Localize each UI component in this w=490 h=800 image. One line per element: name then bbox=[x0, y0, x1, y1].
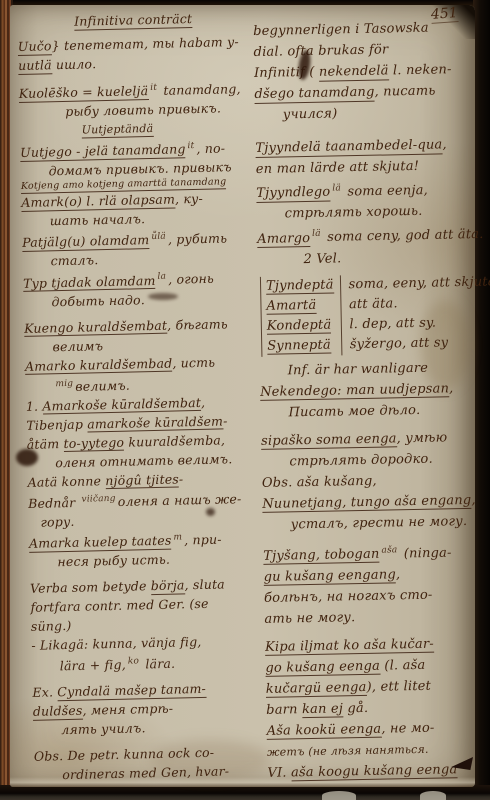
manuscript-line: Infinitiva conträct bbox=[17, 8, 249, 32]
interlinear-insertion: it bbox=[150, 83, 157, 93]
line-text: неся рыбу исть. bbox=[57, 552, 170, 570]
line-text: lära + fig, bbox=[60, 657, 126, 673]
line-text: гору. bbox=[40, 514, 74, 530]
underlined-phrase: börja bbox=[151, 577, 185, 594]
interlinear-insertion: m bbox=[173, 532, 182, 542]
underlined-phrase: Uutjeptändä bbox=[82, 122, 154, 138]
underlined-phrase: Amarko kuraldšembad bbox=[25, 355, 173, 375]
manuscript-line: Nekendego: man uudjepsan, bbox=[260, 377, 486, 402]
line-text: tanamdang, bbox=[159, 81, 241, 98]
underlined-phrase: amarkoše kūraldšem bbox=[87, 413, 223, 433]
line-text: рыбу ловить привыкъ. bbox=[65, 101, 221, 120]
line-text: Verba som betyde bbox=[30, 578, 151, 596]
underlined-phrase: Amartä bbox=[266, 297, 316, 314]
underlined-phrase: duldšes bbox=[33, 703, 83, 721]
underlined-phrase: Aša kookü eenga bbox=[266, 722, 381, 741]
line-text: l. dep, att sy. bbox=[349, 315, 436, 332]
line-text: болѣнъ, на ногахъ сто- bbox=[264, 588, 433, 606]
line-text: , бѣгать bbox=[167, 316, 228, 332]
paradigm-words: Tjyndeptä Amartä Kondeptä Synneptä bbox=[260, 275, 342, 357]
underlined-phrase: go kušang eenga bbox=[265, 659, 380, 678]
underlined-phrase: Synneptä bbox=[267, 337, 331, 355]
line-text: 1. bbox=[26, 398, 43, 413]
line-text: soma eenja, bbox=[343, 183, 428, 200]
line-text: лять училъ. bbox=[61, 721, 146, 738]
line-text: , bbox=[396, 567, 401, 582]
underlined-phrase: Kipa iljmat ko aša kučar- bbox=[265, 637, 434, 657]
line-text: Obs. bbox=[262, 475, 297, 491]
manuscript-line: lära + fig,ko lära. bbox=[32, 650, 264, 676]
interlinear-insertion: la bbox=[157, 272, 166, 282]
underlined-phrase: Tjyyndelä taanambedel-qua bbox=[255, 137, 442, 157]
line-text: VI. bbox=[267, 765, 291, 780]
line-text: } tenememam, ты habam у- bbox=[52, 34, 240, 53]
underlined-phrase: Tjyndeptä bbox=[266, 277, 334, 295]
underlined-phrase: Infinitiva conträct bbox=[74, 11, 192, 30]
line-text: Obs. bbox=[34, 748, 68, 764]
line-text: добыть надо. bbox=[51, 292, 145, 309]
manuscript-line: Infinitif ( nekendelä l. neken- bbox=[254, 59, 480, 84]
interlinear-insertion: lä bbox=[332, 183, 341, 193]
line-text: l. neken- bbox=[389, 62, 452, 78]
line-text: Bednår bbox=[28, 495, 80, 511]
line-text: , исть bbox=[172, 354, 215, 370]
ink-blot bbox=[16, 449, 38, 466]
background-highlight bbox=[420, 791, 446, 800]
underlined-phrase: Uučo bbox=[18, 38, 52, 55]
manuscript-line: uutlä ишло. bbox=[18, 51, 250, 75]
line-text: Inf. är har wanligare bbox=[288, 360, 429, 378]
line-text: Писать мое дѣло. bbox=[288, 403, 420, 421]
paradigm-word-line: Tjyndeptä bbox=[266, 275, 334, 296]
line-text: , писать bbox=[374, 84, 435, 100]
line-text: ), ett litet bbox=[366, 679, 431, 695]
line-text: - Likagä: kunna, vänja fig, bbox=[31, 634, 201, 653]
underlined-phrase: Amark(o) l. rlä olapsam bbox=[21, 192, 175, 212]
interlinear-insertion: ko bbox=[128, 656, 140, 666]
line-text: стрѣлять хорошь. bbox=[285, 204, 423, 222]
interlinear-insertion: lä bbox=[312, 229, 321, 239]
background-highlight bbox=[322, 791, 356, 800]
line-text: , по- bbox=[196, 141, 225, 157]
line-text: домамъ привыкъ. привыкъ bbox=[48, 159, 231, 178]
line-text: aša kušang, bbox=[297, 473, 377, 490]
underlined-phrase: sipaško soma eenga bbox=[261, 431, 397, 450]
interlinear-insertion: ṻlä bbox=[151, 232, 166, 242]
line-text: - bbox=[223, 413, 228, 428]
line-text: стрѣлять дородко. bbox=[289, 451, 433, 469]
line-text: lära. bbox=[141, 656, 175, 672]
line-text: , bbox=[201, 395, 206, 410]
line-text: süng.) bbox=[31, 618, 72, 634]
line-text: begynnerligen i Tasowska bbox=[253, 21, 429, 39]
line-text: оленя а нашъ же- bbox=[118, 491, 242, 509]
right-column-upper: begynnerligen i Tasowska dial. ofta bruk… bbox=[253, 17, 484, 271]
interlinear-insertion: mig bbox=[55, 378, 73, 388]
line-text: dial. ofta brukas för bbox=[253, 42, 388, 60]
manuscript-line: лять училъ. bbox=[33, 716, 265, 740]
line-text: , умѣю bbox=[396, 430, 447, 446]
underlined-phrase: Typ tjadak olamdam bbox=[23, 273, 156, 293]
underlined-phrase: to-yytego bbox=[63, 434, 124, 452]
book-edge-bottom bbox=[0, 785, 490, 800]
underlined-phrase: Nekendego: man uudjepsan bbox=[260, 381, 449, 401]
line-text: сталъ. bbox=[50, 253, 98, 269]
underlined-phrase: aša koogu kušang eenga bbox=[291, 762, 458, 782]
right-column: begynnerligen i Tasowska dial. ofta bruk… bbox=[253, 17, 490, 784]
paradigm-meaning-line: šyžergo, att sy bbox=[350, 332, 490, 355]
manuscript-line: Писать мое дѣло. bbox=[260, 398, 486, 423]
ink-smear bbox=[148, 293, 178, 300]
paradigm-meanings: soma, eeny, att skjuta att äta. l. dep, … bbox=[340, 272, 490, 355]
line-text: , огонь bbox=[168, 271, 214, 287]
line-text: ишло. bbox=[52, 56, 97, 72]
line-text: Tibenjap bbox=[26, 416, 87, 432]
underlined-phrase: Tjyyndlego bbox=[256, 185, 330, 203]
underlined-phrase: uutlä bbox=[18, 57, 52, 74]
manuscript-line: неся рыбу исть. bbox=[29, 548, 261, 572]
line-text: fortfara contr. med Ger. (se bbox=[30, 596, 209, 615]
paradigm-word-line: Kondeptä bbox=[267, 315, 335, 336]
manuscript-line: 2 Vel. bbox=[257, 245, 483, 270]
underlined-phrase: Nuunetjang, tungo aša engang bbox=[262, 493, 471, 514]
paradigm-meaning-line: soma, eeny, att skjuta bbox=[348, 272, 490, 295]
manuscript-line: Amargolä soma ceny, god att äta. bbox=[257, 221, 483, 250]
line-text: , меня стрѣ- bbox=[82, 701, 173, 718]
line-text: шать началъ. bbox=[50, 211, 146, 228]
line-text: 2 Vel. bbox=[303, 251, 341, 267]
line-text: gå. bbox=[343, 701, 368, 716]
line-text: , bbox=[449, 381, 454, 396]
underlined-phrase: gu kušang eengang bbox=[264, 567, 397, 586]
line-text: Aatä konne bbox=[27, 473, 105, 490]
line-text: , bbox=[471, 492, 476, 507]
line-text: жетъ (не лѣзя наняться. bbox=[267, 743, 429, 759]
manuscript-line: усталъ, грести не могу. bbox=[262, 510, 488, 535]
line-text: велимъ. bbox=[75, 377, 130, 393]
line-text: (l. aša bbox=[380, 658, 426, 674]
line-text: , bbox=[442, 137, 447, 152]
line-text: , sluta bbox=[184, 577, 225, 593]
line-text: kuuraldšemba, bbox=[124, 432, 225, 449]
paradigm-bracket-group: Tjyndeptä Amartä Kondeptä Synneptä soma,… bbox=[260, 272, 485, 356]
line-text: att äta. bbox=[349, 296, 398, 312]
line-text: ordineras med Gen, hvar- bbox=[62, 764, 229, 783]
underlined-phrase: Tjyšang, tobogan bbox=[263, 547, 380, 566]
underlined-phrase: Amargo bbox=[257, 231, 310, 249]
underlined-phrase: kan ej bbox=[302, 701, 343, 718]
left-column: Infinitiva conträct Uučo} tenememam, ты … bbox=[17, 8, 266, 785]
underlined-phrase: Patjälg(u) olamdam bbox=[22, 233, 150, 252]
line-text: Ex. bbox=[32, 685, 57, 701]
line-text: barn bbox=[266, 702, 302, 718]
line-text: šyžergo, att sy bbox=[350, 335, 449, 352]
paradigm-meaning-line: l. dep, att sy. bbox=[349, 312, 490, 335]
line-text: , ку- bbox=[175, 191, 203, 207]
interlinear-insertion: it bbox=[187, 141, 194, 151]
paradigm-word-line: Synneptä bbox=[267, 335, 335, 356]
line-text: оленя отнимать велимъ. bbox=[55, 451, 233, 470]
paradigm-word-line: Amartä bbox=[266, 295, 334, 316]
right-column-lower: Inf. är har wanligare Nekendego: man uud… bbox=[260, 356, 490, 784]
line-text: en man lärde att skjuta! bbox=[256, 159, 420, 177]
underlined-phrase: kučargü eenga bbox=[266, 680, 367, 698]
underlined-phrase: dšego tanamdang bbox=[254, 85, 374, 104]
line-text: (ninga- bbox=[399, 545, 451, 561]
underlined-phrase: nekendelä bbox=[319, 63, 389, 81]
ink-blot bbox=[206, 508, 215, 516]
line-text: учился) bbox=[283, 106, 338, 122]
line-text: - bbox=[179, 471, 184, 486]
interlinear-insertion: viičang bbox=[81, 494, 115, 505]
manuscript-photo: 451 Infinitiva conträct Uučo} tenememam,… bbox=[0, 0, 490, 800]
line-text: soma, eeny, att skjuta bbox=[348, 274, 490, 292]
underlined-phrase: Kondeptä bbox=[267, 317, 332, 335]
line-text: ать не могу. bbox=[264, 610, 355, 627]
underlined-phrase: Cyndalä mašep tanam- bbox=[57, 681, 206, 701]
line-text: усталъ, грести не могу. bbox=[291, 514, 468, 532]
line-text: велимъ bbox=[52, 338, 103, 354]
line-text: , не мо- bbox=[381, 721, 435, 737]
line-text: De petr. kunna ock co- bbox=[67, 745, 214, 763]
manuscript-line: ать не могу. bbox=[264, 605, 490, 630]
paradigm-meaning-line: att äta. bbox=[349, 292, 490, 315]
manuscript-line: VI. aša koogu kušang eenga bbox=[267, 759, 490, 784]
underlined-phrase: njögû tjites bbox=[105, 471, 179, 489]
underlined-phrase: Kuengo kuraldšembat bbox=[24, 317, 167, 337]
manuscript-line: учился) bbox=[255, 101, 481, 126]
interlinear-insertion: aša bbox=[381, 545, 397, 555]
line-text: , рубить bbox=[168, 231, 227, 247]
line-text: , при- bbox=[184, 532, 222, 548]
line-text: soma ceny, god att äta. bbox=[323, 227, 484, 245]
